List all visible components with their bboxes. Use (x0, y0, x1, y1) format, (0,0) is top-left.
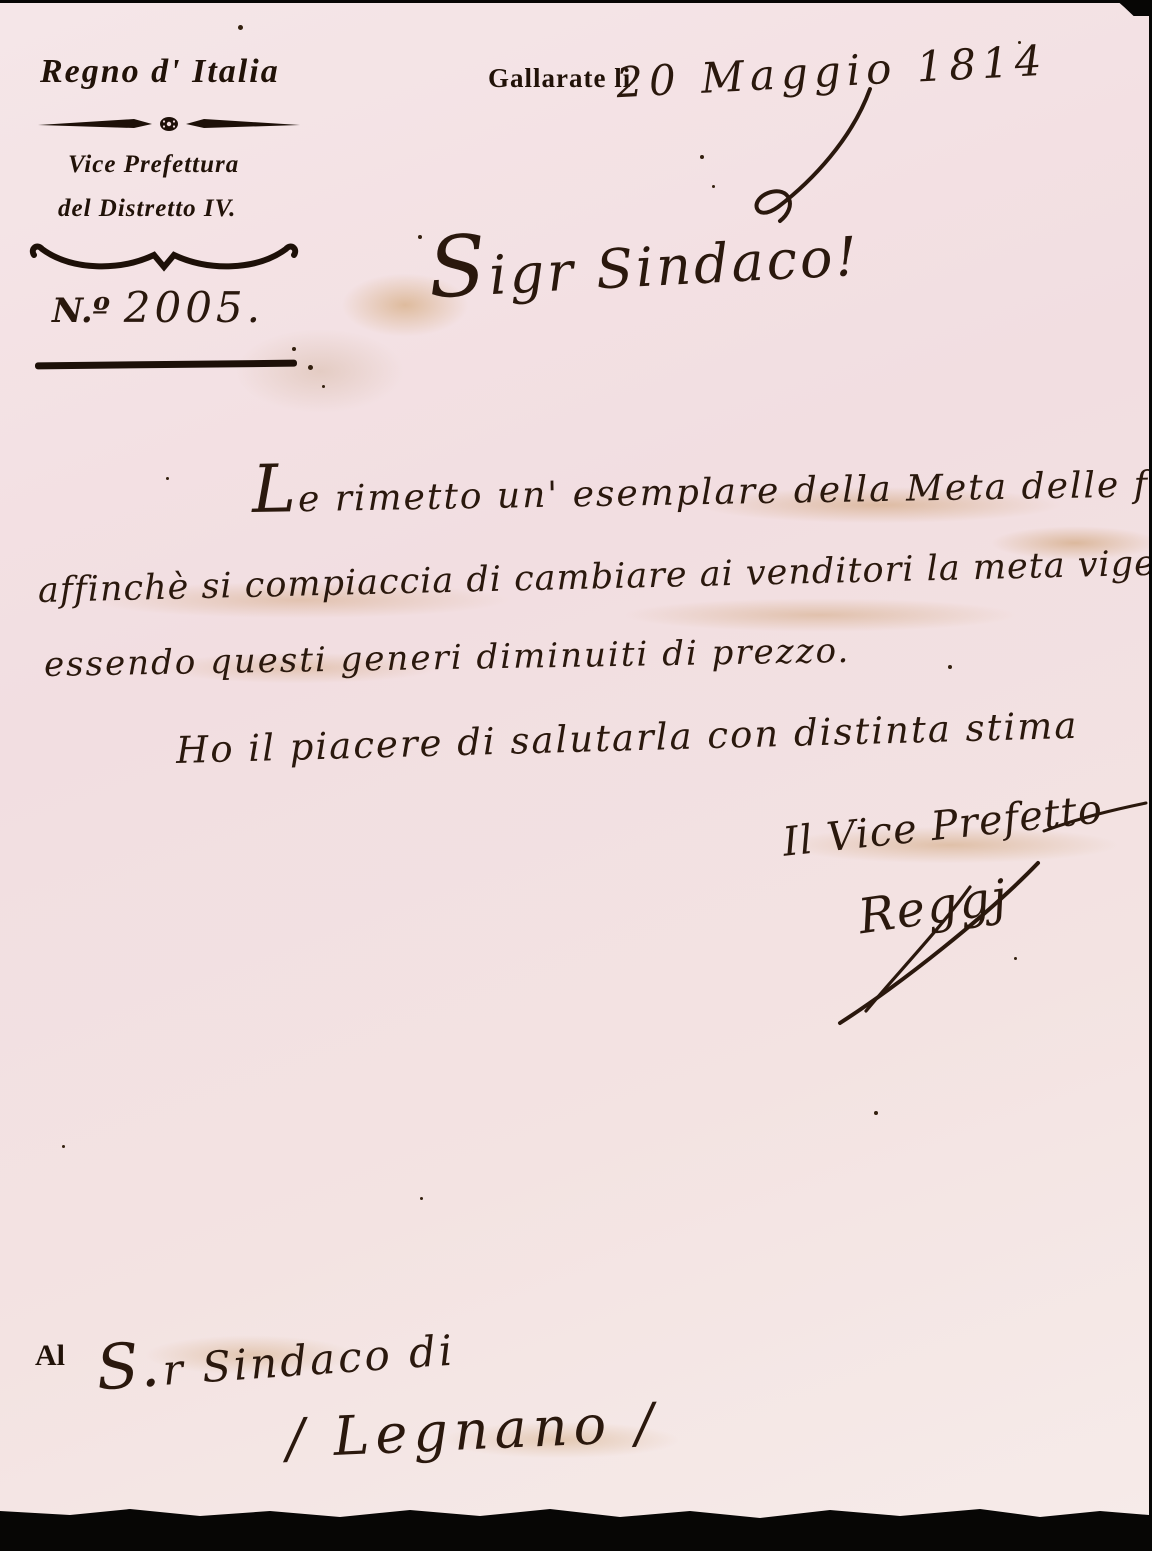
ink-speckle (874, 1111, 878, 1115)
ink-speckle (166, 477, 169, 480)
ink-speckle (62, 1145, 65, 1148)
address-place: / Legnano / (285, 1391, 661, 1470)
body-line-3: essendo questi generi diminuiti di prezz… (44, 631, 851, 685)
ink-speckle (418, 235, 422, 239)
wavy-brace-flourish (28, 239, 300, 283)
ink-speckle (1014, 957, 1017, 960)
letterhead-office-line2: del Distretto IV. (58, 195, 236, 223)
body-line-1: Le rimetto un' esemplare della Meta dell… (251, 434, 1152, 528)
body-line-2: affinchè si compiaccia di cambiare ai ve… (38, 542, 1152, 611)
letterhead-kingdom-title: Regno d' Italia (40, 53, 280, 91)
letterhead-office-line1: Vice Prefettura (68, 151, 239, 179)
protocol-number-label: N.º (52, 291, 110, 331)
salutation: Sigr Sindaco! (426, 197, 862, 317)
ink-speckle (308, 365, 313, 370)
ink-speckle (322, 385, 325, 388)
rosette-divider-ornament (38, 115, 300, 133)
signature-flourish (806, 845, 1066, 1035)
protocol-number-line: N.º2005. (52, 283, 264, 332)
signature-title-trailing-stroke (1042, 799, 1152, 839)
letterhead-rule (35, 360, 297, 370)
dateline-place-label: Gallarate li (488, 63, 631, 94)
ink-speckle (948, 665, 952, 669)
protocol-number-value: 2005. (124, 283, 264, 332)
ink-speckle (420, 1197, 423, 1200)
address-to-label: Al (35, 1339, 65, 1373)
ink-speckle (292, 347, 296, 351)
ink-speckle (700, 155, 704, 159)
letter-paper: Regno d' Italia Vice Prefettura del Dist… (0, 3, 1149, 1523)
ink-speckle (1018, 41, 1021, 44)
address-recipient: S.r Sindaco di (94, 1307, 457, 1405)
body-line-4: Ho il piacere di salutarla con distinta … (175, 704, 1079, 772)
ink-speckle (238, 25, 243, 30)
ink-speckle (712, 185, 715, 188)
